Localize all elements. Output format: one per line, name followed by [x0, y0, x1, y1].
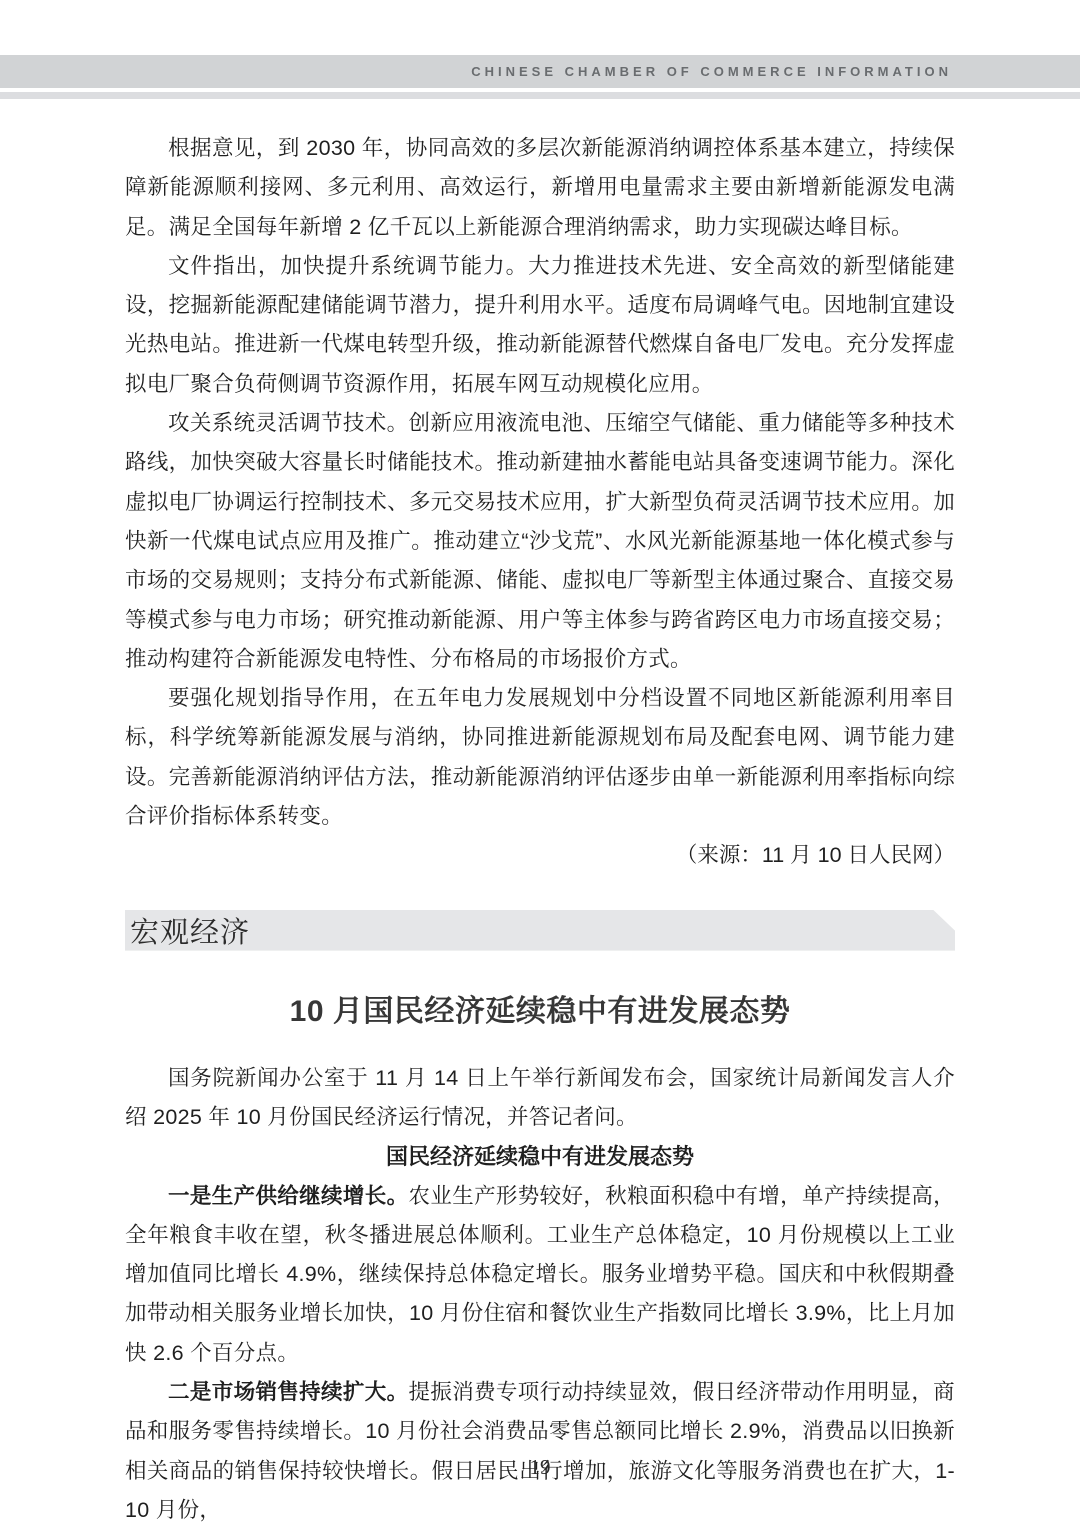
point-1-text: 农业生产形势较好，秋粮面积稳中有增，单产持续提高，全年粮食丰收在望，秋冬播进展总…	[125, 1184, 955, 1365]
point-2-lead: 二是市场销售持续扩大。	[168, 1380, 408, 1404]
content-column: 根据意见，到 2030 年，协同高效的多层次新能源消纳调控体系基本建立，持续保障…	[125, 129, 955, 1525]
section-title: 宏观经济	[125, 910, 250, 951]
article1-paragraph-3: 攻关系统灵活调节技术。创新应用液流电池、压缩空气储能、重力储能等多种技术路线，加…	[125, 404, 955, 679]
article2-intro: 国务院新闻办公室于 11 月 14 日上午举行新闻发布会，国家统计局新闻发言人介…	[125, 1059, 955, 1138]
header-band-thin	[0, 92, 1080, 99]
page-number: 19	[0, 1455, 1080, 1480]
section-bar-macro-economy: 宏观经济	[125, 910, 955, 951]
point-1-lead: 一是生产供给继续增长。	[168, 1184, 408, 1208]
article2-subheading: 国民经济延续稳中有进发展态势	[125, 1137, 955, 1176]
article2-title: 10 月国民经济延续稳中有进发展态势	[125, 992, 955, 1032]
header-banner-text: CHINESE CHAMBER OF COMMERCE INFORMATION	[0, 55, 1080, 88]
article1-source: （来源：11 月 10 日人民网）	[125, 836, 955, 875]
header-band: CHINESE CHAMBER OF COMMERCE INFORMATION	[0, 55, 1080, 88]
article2-point-1: 一是生产供给继续增长。农业生产形势较好，秋粮面积稳中有增，单产持续提高，全年粮食…	[125, 1177, 955, 1373]
article2-point-2: 二是市场销售持续扩大。提振消费专项行动持续显效，假日经济带动作用明显，商品和服务…	[125, 1373, 955, 1525]
document-page: CHINESE CHAMBER OF COMMERCE INFORMATION …	[0, 0, 1080, 1525]
article1-paragraph-1: 根据意见，到 2030 年，协同高效的多层次新能源消纳调控体系基本建立，持续保障…	[125, 129, 955, 247]
article1-paragraph-4: 要强化规划指导作用，在五年电力发展规划中分档设置不同地区新能源利用率目标，科学统…	[125, 679, 955, 836]
article1-paragraph-2: 文件指出，加快提升系统调节能力。大力推进技术先进、安全高效的新型储能建设，挖掘新…	[125, 247, 955, 404]
